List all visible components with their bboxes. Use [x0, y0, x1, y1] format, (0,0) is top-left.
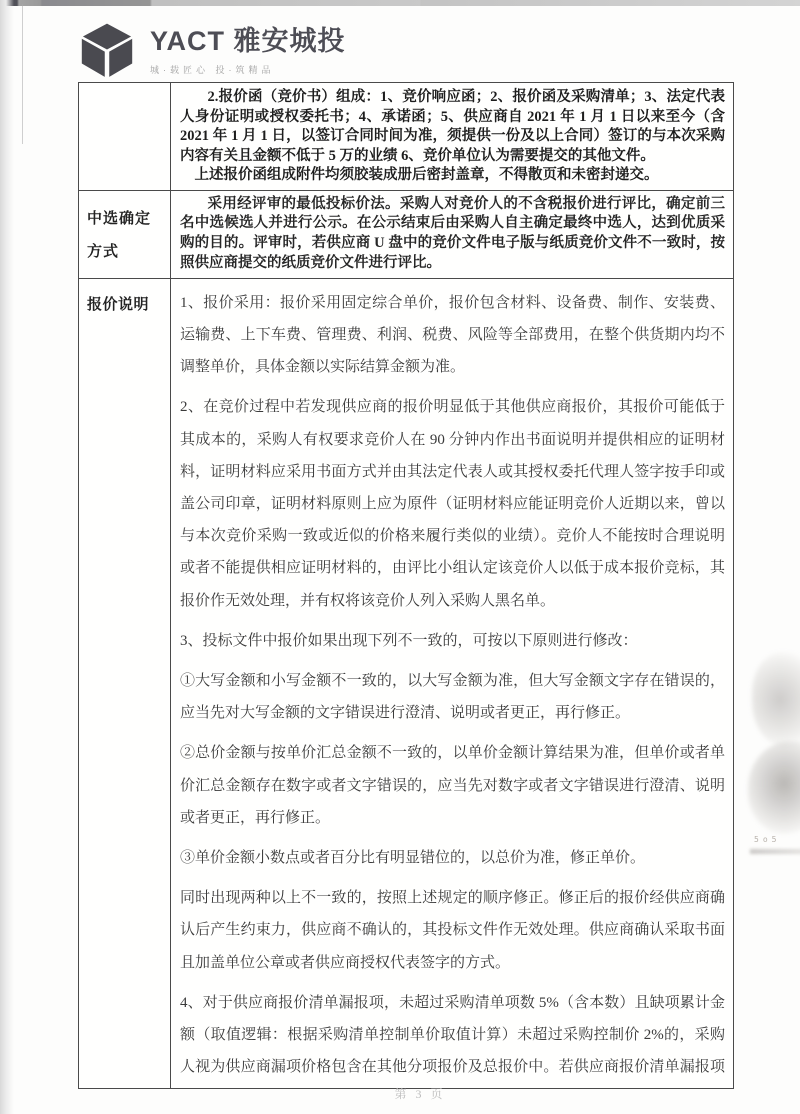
scan-line-artifact	[22, 4, 23, 144]
logo-tagline: 城·载匠心 投·筑精品	[150, 63, 346, 76]
paragraph: 采用经评审的最低投标价法。采购人对竞价人的不含税报价进行评比，确定前三名中选候选…	[180, 195, 725, 274]
paragraph: ①大写金额和小写金额不一致的，以大写金额为准，但大写金额文字存在错误的，应当先对…	[180, 665, 725, 729]
row-header: 报价说明	[79, 279, 171, 1088]
row-body: 2.报价函（竞价书）组成：1、竞价响应函；2、报价函及采购清单；3、法定代表人身…	[171, 83, 733, 190]
cube-logo-icon	[78, 22, 136, 78]
stamp-artifact	[752, 652, 800, 747]
scan-edge-artifact	[0, 0, 800, 6]
stamp-artifact	[748, 742, 800, 834]
scanned-document-page: YACT 雅安城投 城·载匠心 投·筑精品 2.报价函（竞价书）组成：1、竞价响…	[0, 0, 800, 1114]
logo-name: YACT 雅安城投	[150, 28, 346, 55]
paragraph: 3、投标文件中报价如果出现下列不一致的，可按以下原则进行修改：	[180, 625, 725, 657]
paragraph: 2.报价函（竞价书）组成：1、竞价响应函；2、报价函及采购清单；3、法定代表人身…	[180, 88, 725, 166]
row-body: 采用经评审的最低投标价法。采购人对竞价人的不含税报价进行评比，确定前三名中选候选…	[171, 191, 733, 278]
logo-texts: YACT 雅安城投 城·载匠心 投·筑精品	[150, 22, 346, 76]
stamp-artifact-text: 5o5	[754, 835, 800, 844]
row-header: 中选确定方式	[79, 191, 171, 278]
stamp-artifact	[750, 849, 800, 854]
paragraph: 同时出现两种以上不一致的，按照上述规定的顺序修正。修正后的报价经供应商确认后产生…	[180, 882, 725, 979]
row-body: 1、报价采用：报价采用固定综合单价，报价包含材料、设备费、制作、安装费、运输费、…	[171, 279, 733, 1088]
scan-edge-shadow	[0, 0, 14, 1114]
table-row: 报价说明1、报价采用：报价采用固定综合单价，报价包含材料、设备费、制作、安装费、…	[79, 279, 733, 1089]
paragraph: ②总价金额与按单价汇总金额不一致的，以单价金额计算结果为准，但单价或者单价汇总金…	[180, 737, 725, 834]
page-number: 第 3 页	[0, 1085, 800, 1102]
paragraph: 1、报价采用：报价采用固定综合单价，报价包含材料、设备费、制作、安装费、运输费、…	[180, 287, 725, 384]
table-row: 中选确定方式采用经评审的最低投标价法。采购人对竞价人的不含税报价进行评比，确定前…	[79, 191, 733, 279]
paragraph: 上述报价函组成附件均须胶装成册后密封盖章，不得散页和未密封递交。	[180, 166, 725, 186]
paragraph: 2、在竞价过程中若发现供应商的报价明显低于其他供应商报价，其报价可能低于其成本的…	[180, 391, 725, 616]
doc-table: 2.报价函（竞价书）组成：1、竞价响应函；2、报价函及采购清单；3、法定代表人身…	[78, 82, 734, 1089]
paragraph: 4、对于供应商报价清单漏报项，未超过采购清单项数 5%（含本数）且缺项累计金额（…	[180, 987, 725, 1088]
company-logo: YACT 雅安城投 城·载匠心 投·筑精品	[78, 22, 346, 78]
table-row: 2.报价函（竞价书）组成：1、竞价响应函；2、报价函及采购清单；3、法定代表人身…	[79, 83, 733, 191]
paragraph: ③单价金额小数点或者百分比有明显错位的，以总价为准，修正单价。	[180, 842, 725, 874]
row-header	[79, 83, 171, 190]
